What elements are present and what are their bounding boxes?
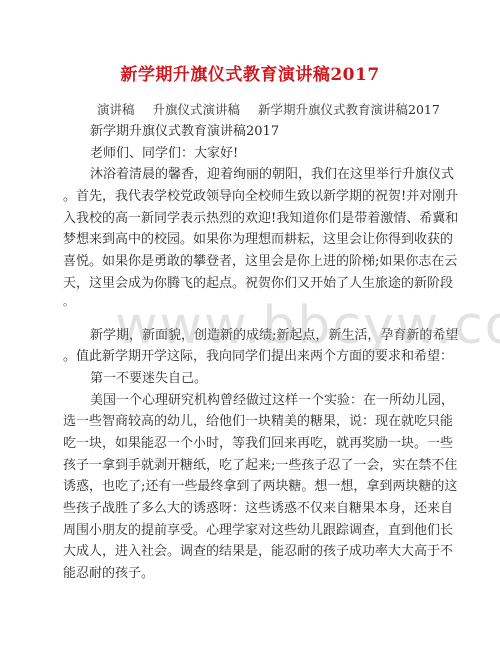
paragraph-line: 能忍耐的孩子。 [63, 563, 437, 585]
paragraph-line: 些孩子战胜了多么大的诱惑呀：这些诱惑不仅来自糖果本身，还来自 [63, 498, 437, 520]
keyword: 升旗仪式演讲稿 [153, 102, 241, 117]
paragraph-line: 选一些智商较高的幼儿，给他们一块精美的糖果，说：现在就吃只能 [63, 411, 437, 433]
paragraph-line: 新学期，新面貌，创造新的成绩;新起点，新生活，孕育新的希望 [63, 325, 437, 347]
paragraph-line: 老师们、同学们：大家好! [63, 143, 437, 165]
paragraph-line: 诱惑，也吃了;还有一些最终拿到了两块糖。想一想，拿到两块糖的这 [63, 476, 437, 498]
paragraph-line: 美国一个心理研究机构曾经做过这样一个实验：在一所幼儿园， [63, 390, 437, 412]
document-body: 新学期升旗仪式教育演讲稿2017 老师们、同学们：大家好! 沐浴着清晨的馨香，迎… [63, 121, 437, 585]
paragraph-line: 。值此新学期开学这际，我向同学们提出来两个方面的要求和希望： [63, 346, 437, 368]
paragraph-line: 。首先，我代表学校党政领导向全校师生致以新学期的祝贺!并对刚升 [63, 186, 437, 208]
paragraph-line: 入我校的高一新同学表示热烈的欢迎!我知道你们是带着激情、希冀和 [63, 208, 437, 230]
paragraph-line: 沐浴着清晨的馨香，迎着绚丽的朝阳，我们在这里举行升旗仪式 [63, 164, 437, 186]
document-title: 新学期升旗仪式教育演讲稿2017 [0, 60, 500, 85]
paragraph-line: 吃一块，如果能忍一个小时，等我们回来再吃，就再奖励一块。一些 [63, 433, 437, 455]
paragraph-line: 孩子一拿到手就剥开糖纸，吃了起来;一些孩子忍了一会，实在禁不住 [63, 455, 437, 477]
paragraph-line: 大成人，进入社会。调查的结果是，能忍耐的孩子成功率大大高于不 [63, 541, 437, 563]
keyword-list: 演讲稿 升旗仪式演讲稿 新学期升旗仪式教育演讲稿2017 [97, 100, 454, 118]
paragraph-line: 天，这里会成为你腾飞的起点。祝贺你们又开始了人生旅途的新阶段 [63, 273, 437, 295]
paragraph-line: 周围小朋友的提前享受。心理学家对这些幼儿跟踪调查，直到他们长 [63, 520, 437, 542]
paragraph-line: 喜悦。如果你是勇敢的攀登者，这里会是你上进的阶梯;如果你志在云 [63, 251, 437, 273]
paragraph-line: 第一不要迷失自己。 [63, 368, 437, 390]
paragraph-line: 梦想来到高中的校园。如果你为理想而耕耘，这里会让你得到收获的 [63, 229, 437, 251]
paragraph-line: 新学期升旗仪式教育演讲稿2017 [63, 121, 437, 143]
document-page: 新学期升旗仪式教育演讲稿2017 演讲稿 升旗仪式演讲稿 新学期升旗仪式教育演讲… [0, 0, 500, 648]
paragraph-line: 。 [63, 295, 437, 309]
keyword: 新学期升旗仪式教育演讲稿2017 [258, 102, 440, 117]
keyword: 演讲稿 [97, 102, 135, 117]
